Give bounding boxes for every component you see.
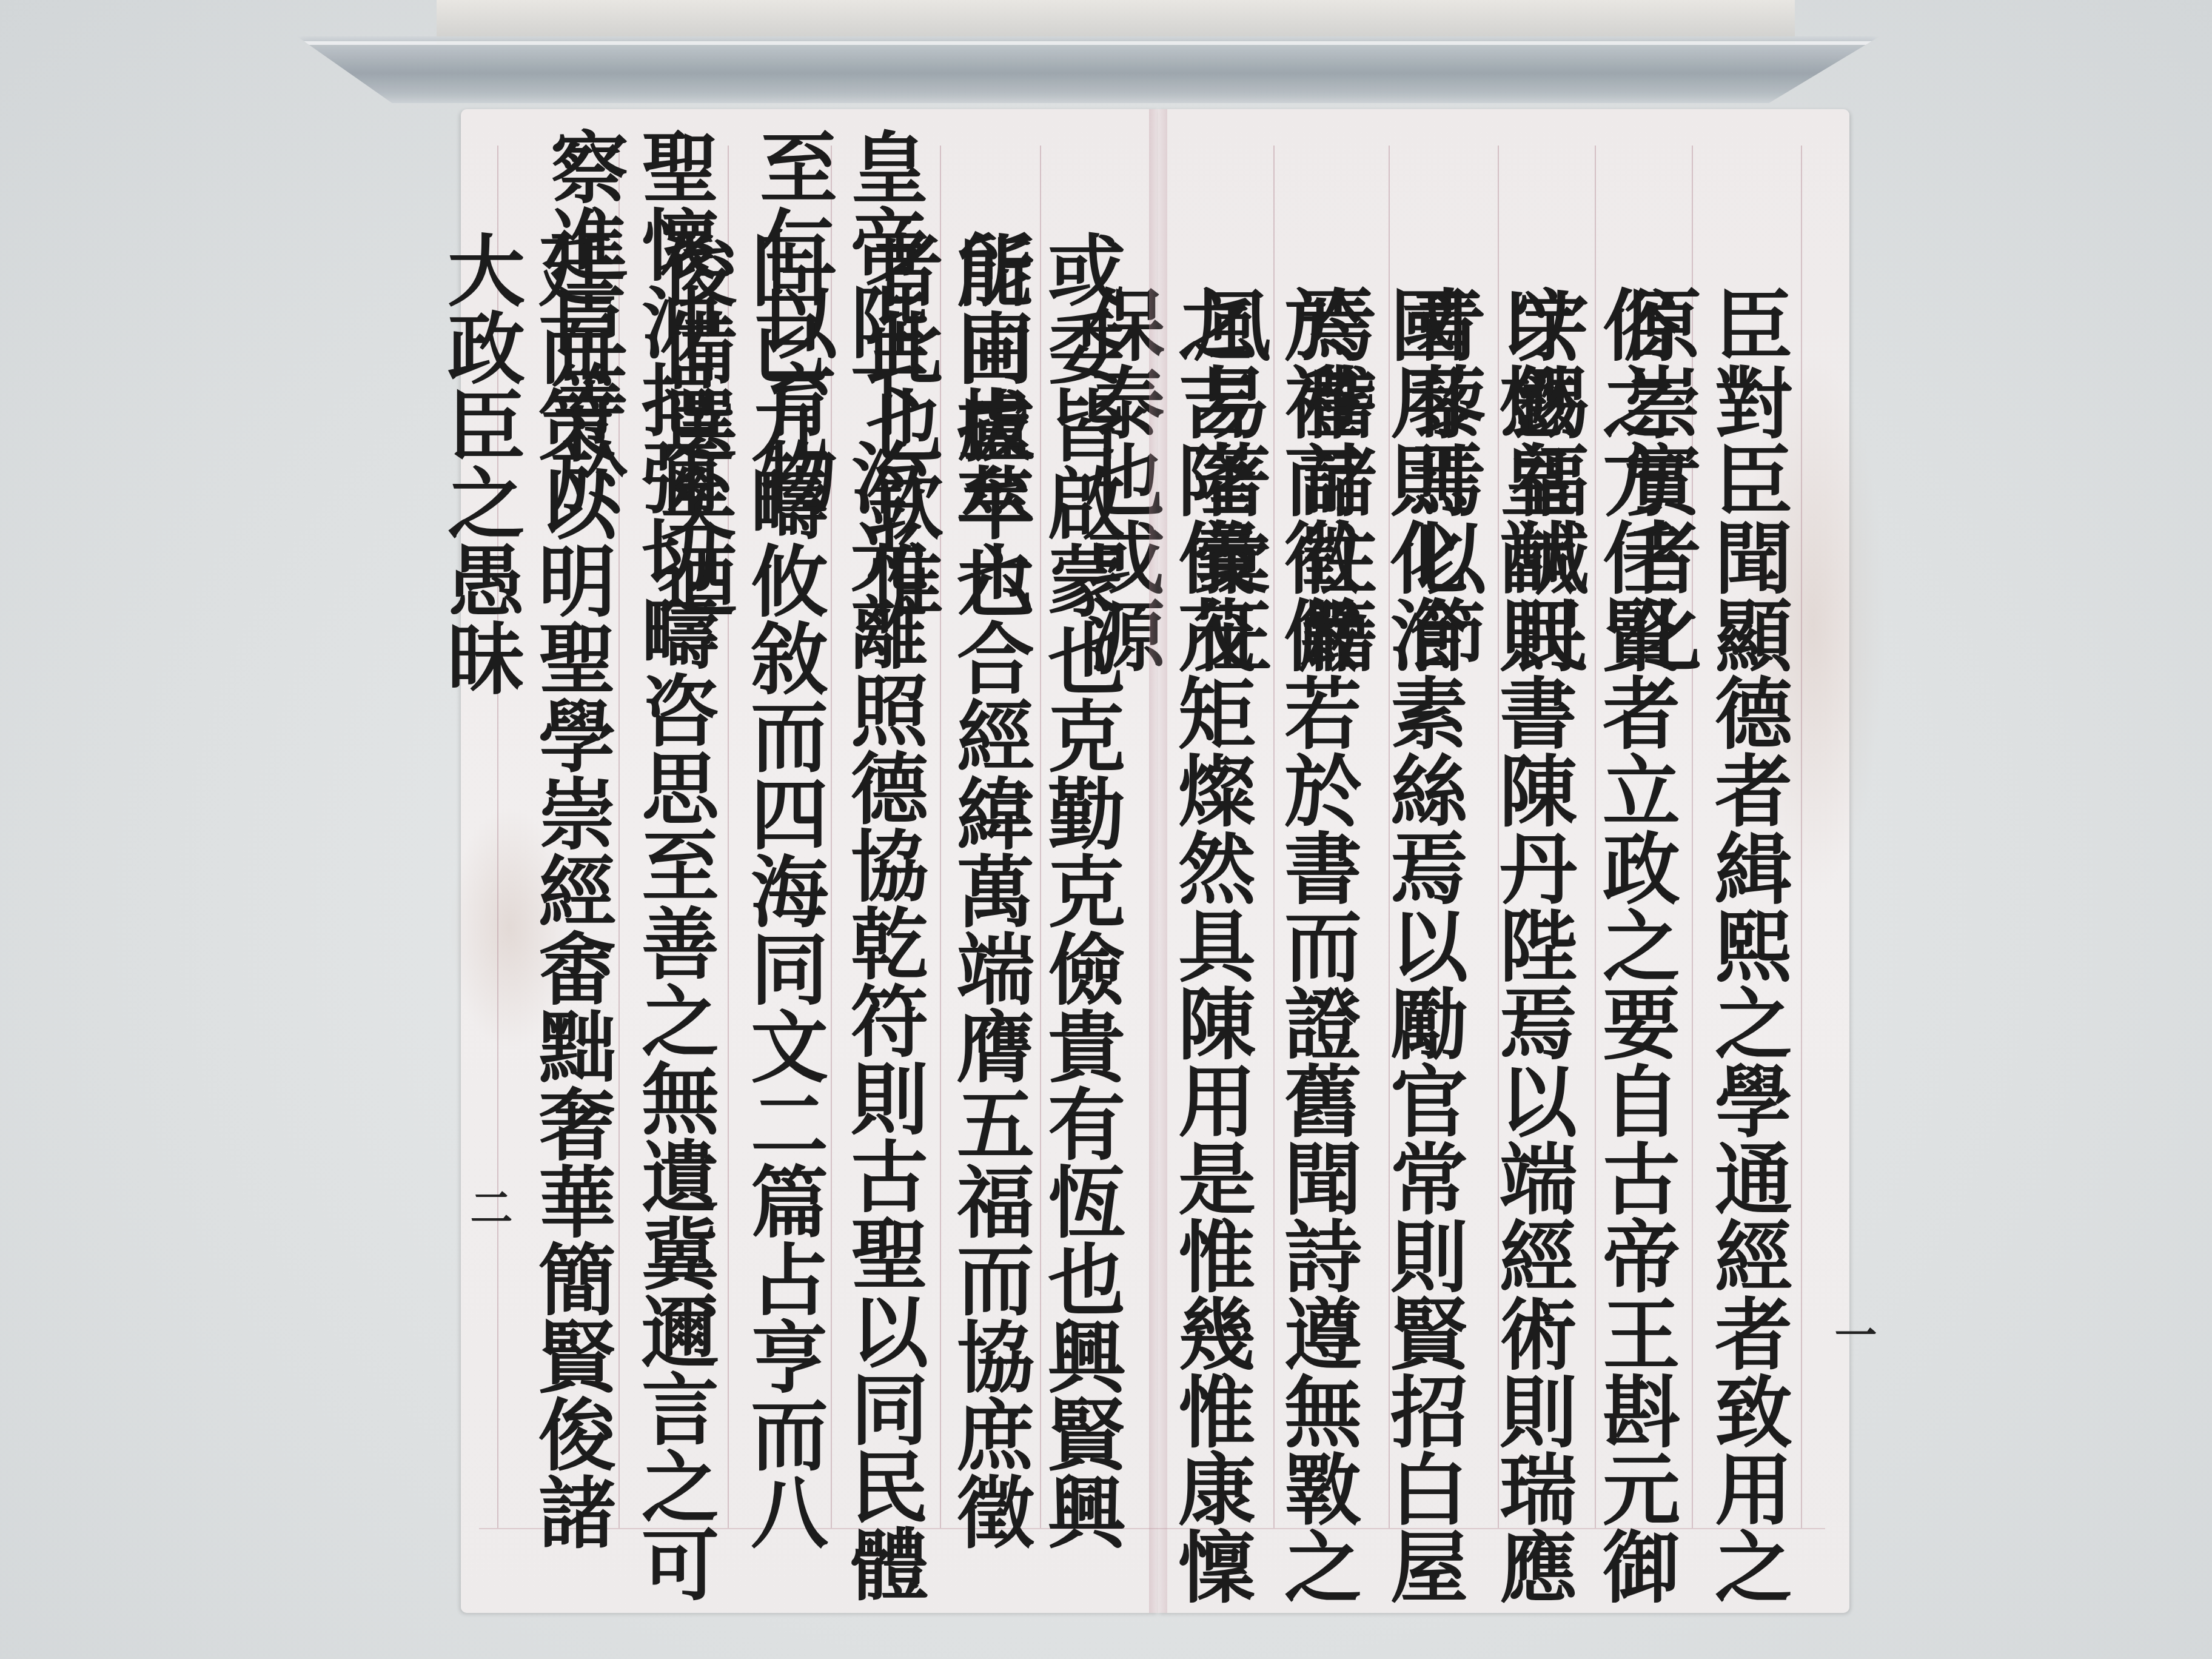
right-page: 一 臣對臣聞顯德者緝熙之學通經者致用之原崇實者化 俗之方任賢者立政之要自古帝王斟… <box>1158 109 1849 1613</box>
text-column-5: 聖懷沖挹彌切疇咨思至善之無遺冀邇言之可察進臣等於 <box>628 127 719 1613</box>
text-column-3: 以懋皇猷則書陳丹陛焉以端經術則瑞應青藜焉以節 <box>1486 285 1577 1613</box>
book-gutter <box>1149 109 1167 1613</box>
text-column-6: 廷而策以明聖學崇經畬黜奢華簡賢俊諸大政臣之愚昧 <box>525 230 615 1613</box>
page-number-right: 一 <box>1822 1313 1883 1355</box>
text-column-4: 國用則化洽素絲焉以勵官常則賢招白屋焉稽諸往籍 <box>1376 285 1467 1613</box>
page-number-left: 二 <box>458 1185 519 1228</box>
text-column-2: 俗之方任賢者立政之要自古帝王斟元御宇錫福諴民 <box>1589 285 1680 1613</box>
acrylic-highlight <box>297 41 1880 45</box>
text-column-3: 皇帝陛下治光離照德協乾符則古聖以同民體至仁以育物 <box>837 127 928 1613</box>
text-column-4: 固已九疇攸敘而四海同文二篇占亨而八俊備選矣迺 <box>737 230 828 1613</box>
text-column-2: 所由盧牟六合經緯萬端膺五福而協庶徵者此也欽惟 <box>943 230 1034 1613</box>
text-column-1: 臣對臣聞顯德者緝熙之學通經者致用之原崇實者化 <box>1701 285 1792 1613</box>
text-column-6: 之吉隆儀茂矩燦然具陳用是惟幾惟康懍保泰也或源 <box>1164 285 1255 1613</box>
text-column-5: 於禮而徵儼若於書而證舊聞詩遵無斁之風易著彙征 <box>1270 285 1361 1613</box>
left-page: 二 或委皆啟蒙也克勤克儉貴有恆也興賢興能同拔萃也 所由盧牟六合經緯萬端膺五福而協… <box>461 109 1158 1613</box>
column-rule <box>1801 146 1802 1528</box>
acrylic-weight-bar <box>297 36 1880 103</box>
